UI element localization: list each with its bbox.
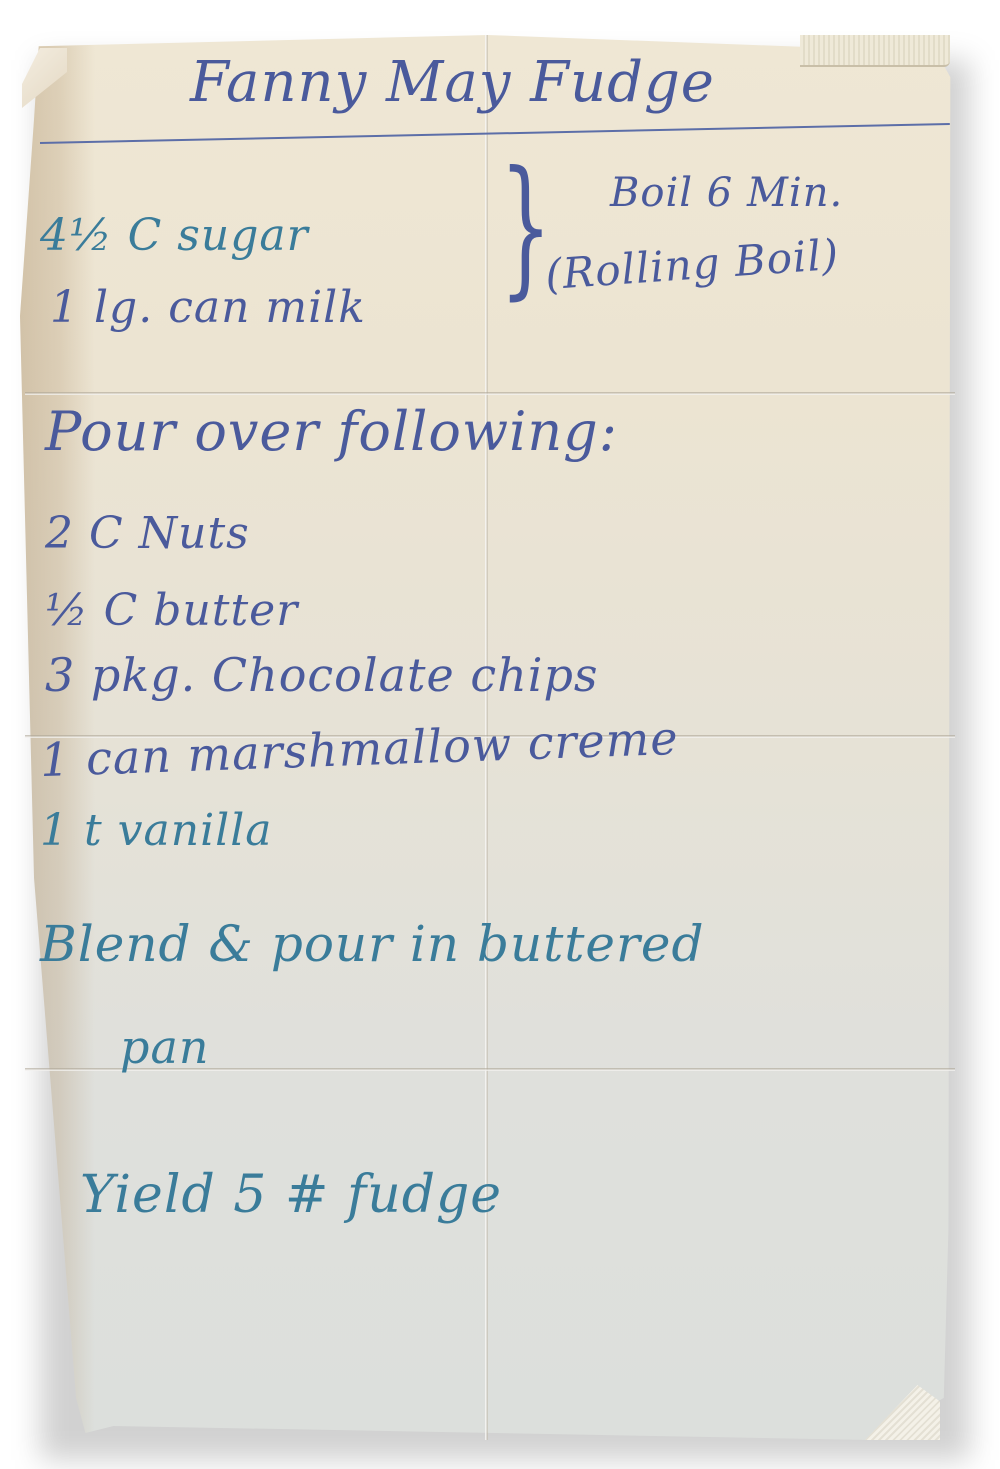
curly-brace: }	[499, 140, 551, 314]
ingredient-nuts: 2 C Nuts	[45, 508, 250, 559]
horizontal-fold-crease-1	[25, 392, 955, 395]
boil-note-line-1: Boil 6 Min.	[610, 170, 843, 216]
instruction-blend-line-2: pan	[120, 1020, 210, 1074]
instruction-blend-line-1: Blend & pour in buttered	[40, 915, 705, 973]
ingredient-sugar: 4½ C sugar	[40, 210, 309, 261]
ingredient-butter: ½ C butter	[45, 585, 298, 636]
instruction-pour-over: Pour over following:	[45, 400, 618, 463]
yield-note: Yield 5 # fudge	[80, 1165, 502, 1225]
recipe-title: Fanny May Fudge	[190, 50, 715, 115]
ingredient-vanilla: 1 t vanilla	[40, 805, 273, 856]
ingredient-milk: 1 lg. can milk	[50, 282, 366, 333]
folded-edge-top-right	[800, 35, 950, 67]
ingredient-chocolate-chips: 3 pkg. Chocolate chips	[45, 648, 599, 702]
